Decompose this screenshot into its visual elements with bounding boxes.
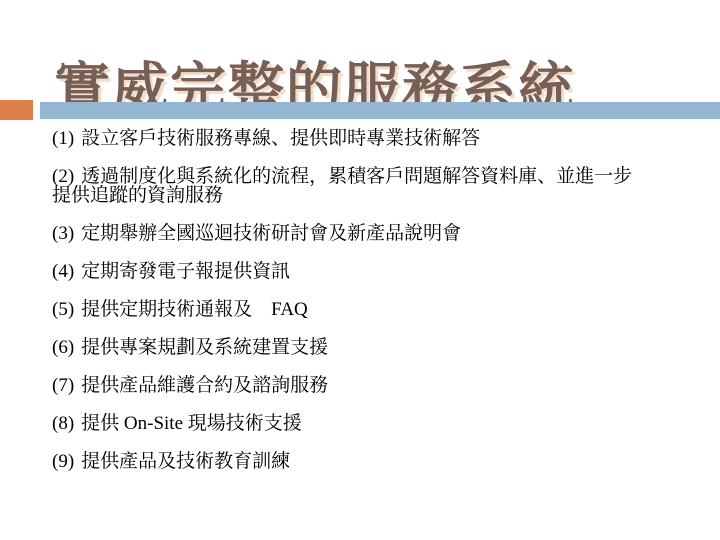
item-number: (4) — [52, 261, 74, 282]
item-number: (2) — [52, 166, 74, 187]
title-divider-blue-bar — [40, 102, 720, 119]
presentation-slide: 實威完整的服務系統 (1)設立客戶技術服務專線、提供即時專業技術解答 (2)透過… — [0, 0, 720, 540]
item-text: 提供 On-Site 現場技術支援 — [81, 413, 302, 434]
item-text: 提供定期技術通報及 FAQ — [81, 299, 308, 320]
item-text: 定期寄發電子報提供資訊 — [81, 261, 290, 282]
item-text: 透過制度化與系統化的流程，累積客戶問題解答資料庫、並進一步提供追蹤的資詢服務 — [52, 166, 632, 206]
service-item-1: (1)設立客戶技術服務專線、提供即時專業技術解答 — [52, 129, 644, 148]
service-item-2: (2)透過制度化與系統化的流程，累積客戶問題解答資料庫、並進一步提供追蹤的資詢服… — [52, 167, 644, 205]
service-list: (1)設立客戶技術服務專線、提供即時專業技術解答 (2)透過制度化與系統化的流程… — [52, 129, 644, 490]
item-number: (9) — [52, 451, 74, 472]
service-item-7: (7)提供產品維護合約及諮詢服務 — [52, 376, 644, 395]
service-item-9: (9)提供產品及技術教育訓練 — [52, 452, 644, 471]
item-text: 提供產品維護合約及諮詢服務 — [81, 375, 328, 396]
item-number: (1) — [52, 128, 74, 149]
item-text: 設立客戶技術服務專線、提供即時專業技術解答 — [81, 128, 480, 149]
service-item-4: (4)定期寄發電子報提供資訊 — [52, 262, 644, 281]
item-number: (8) — [52, 413, 74, 434]
item-number: (7) — [52, 375, 74, 396]
item-number: (5) — [52, 299, 74, 320]
item-text: 提供專案規劃及系統建置支援 — [81, 337, 328, 358]
title-divider-orange-block — [0, 100, 33, 120]
item-number: (6) — [52, 337, 74, 358]
service-item-6: (6)提供專案規劃及系統建置支援 — [52, 338, 644, 357]
item-number: (3) — [52, 223, 74, 244]
service-item-5: (5)提供定期技術通報及 FAQ — [52, 300, 644, 319]
service-item-8: (8)提供 On-Site 現場技術支援 — [52, 414, 644, 433]
item-text: 提供產品及技術教育訓練 — [81, 451, 290, 472]
service-item-3: (3)定期舉辦全國巡迴技術研討會及新產品說明會 — [52, 224, 644, 243]
item-text: 定期舉辦全國巡迴技術研討會及新產品說明會 — [81, 223, 461, 244]
